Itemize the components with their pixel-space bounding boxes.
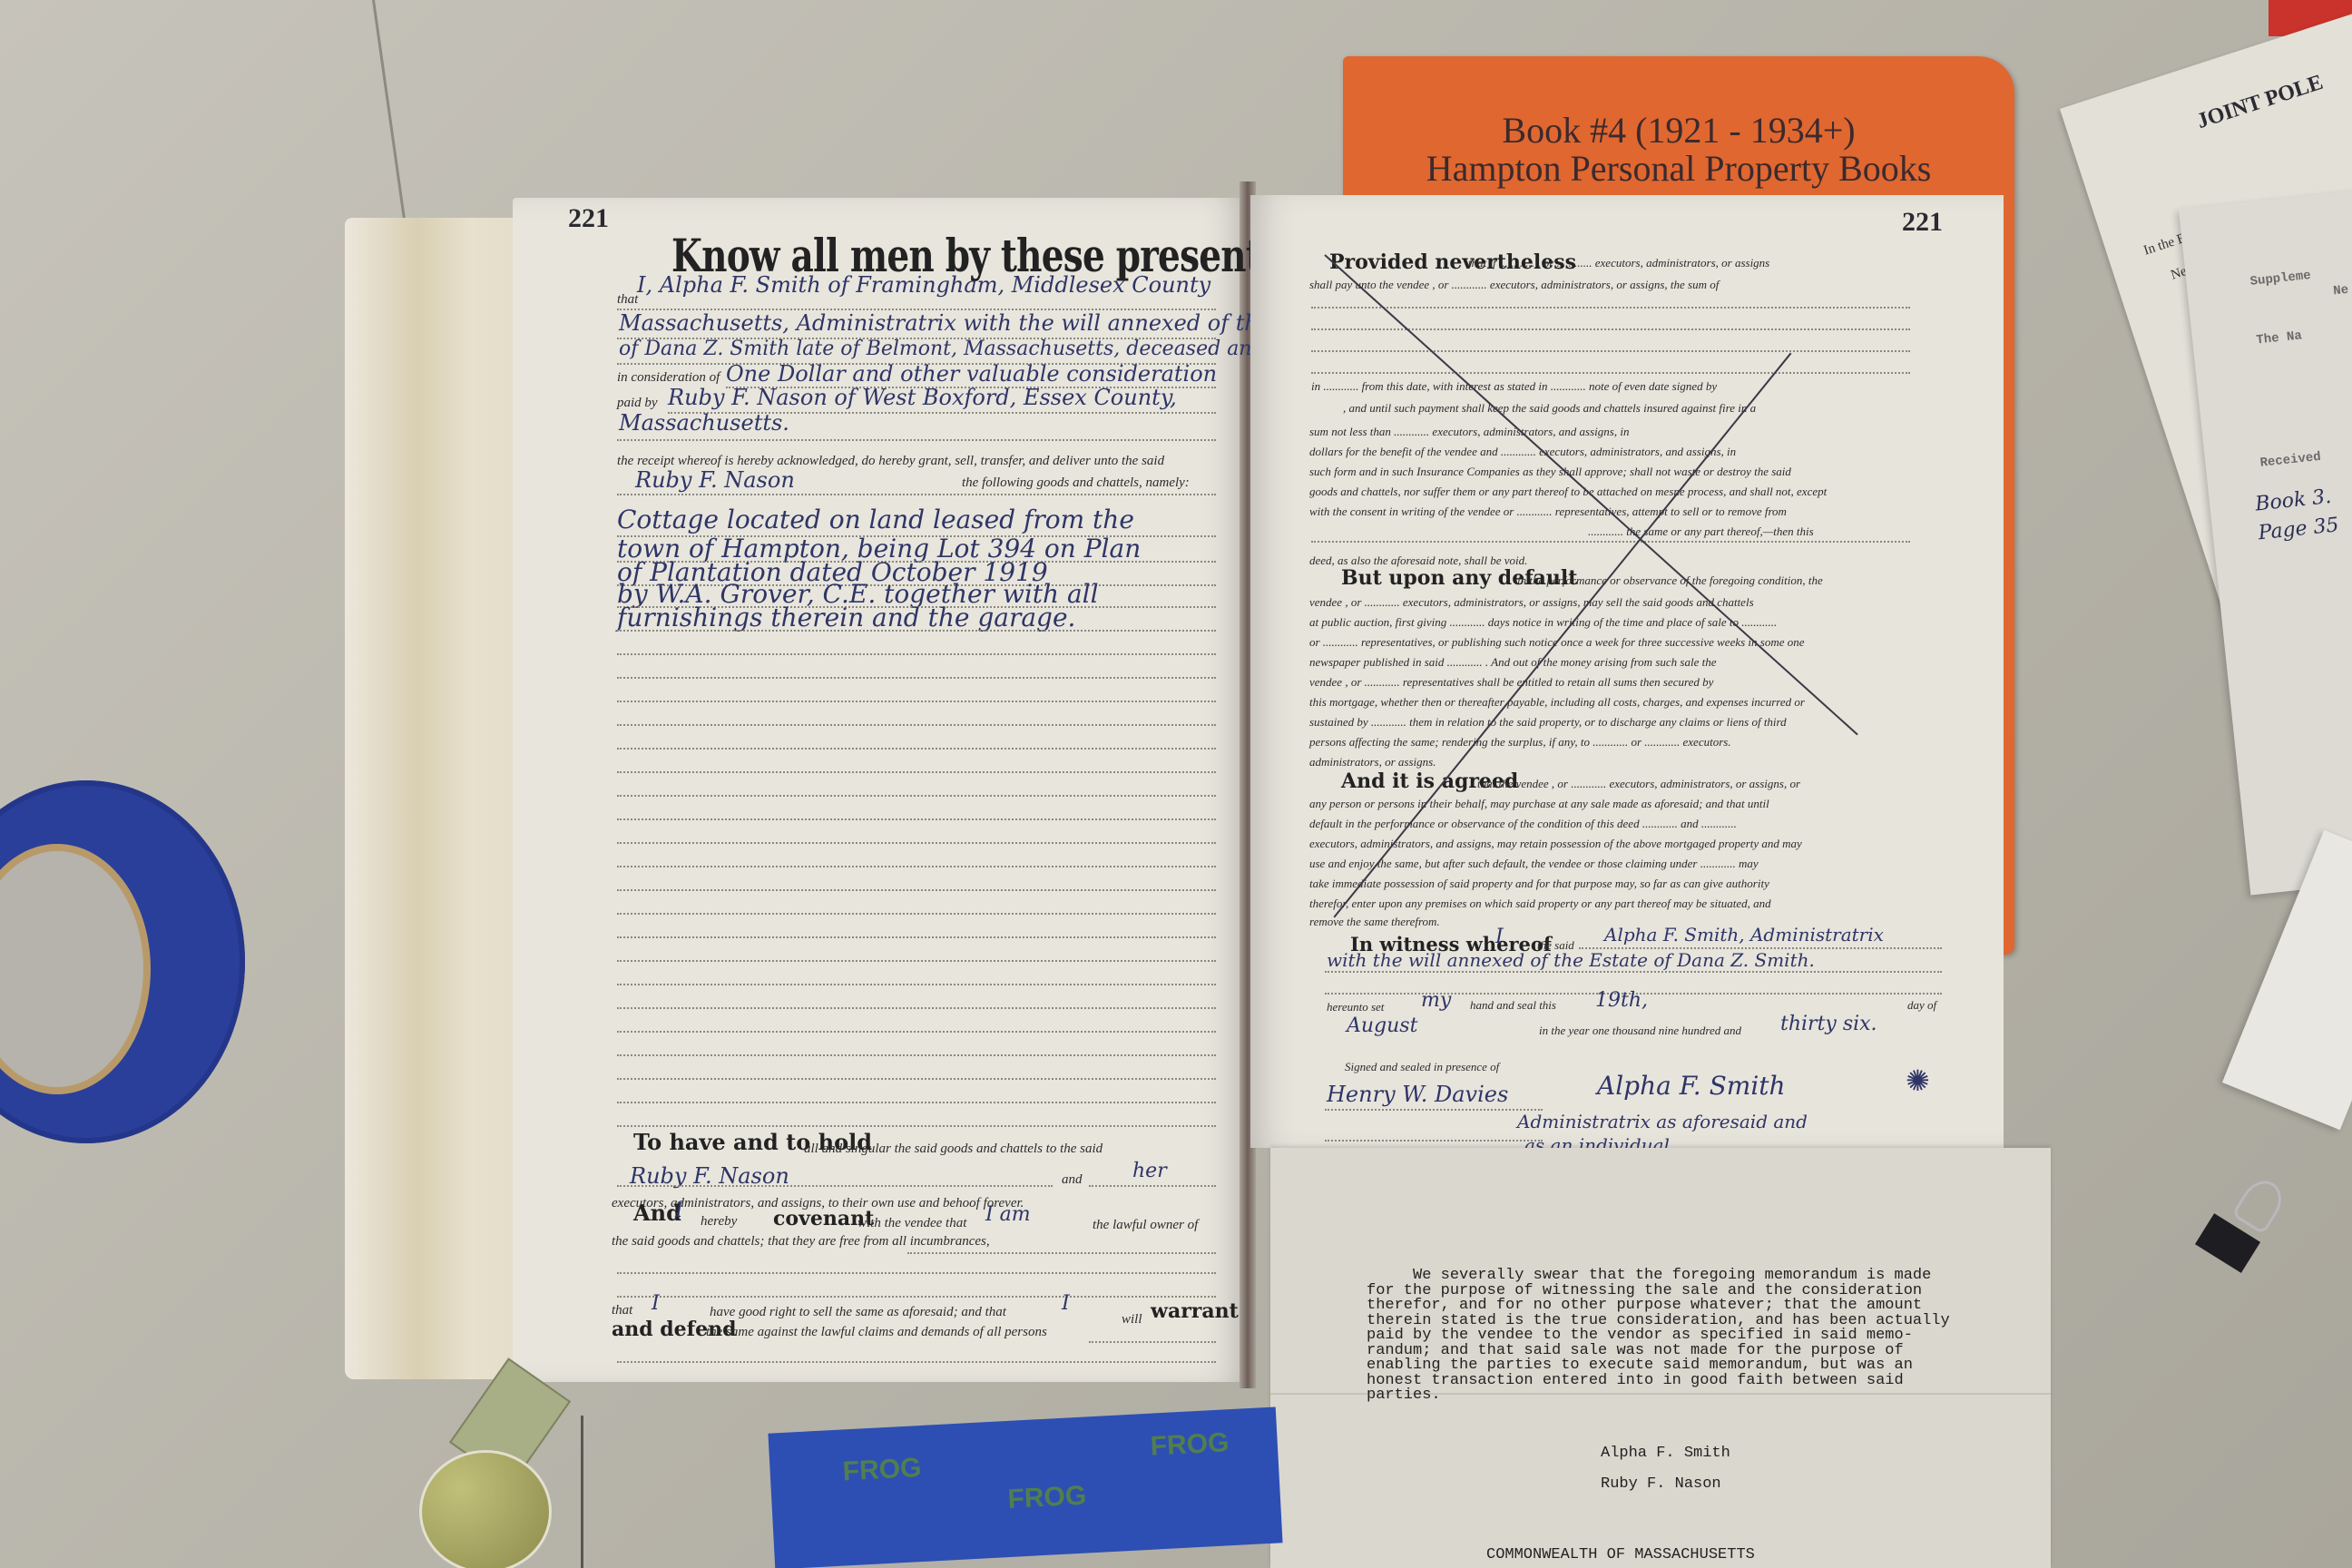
dotted-rule: [617, 1361, 1216, 1363]
dotted-rule: [1311, 541, 1910, 543]
dotted-rule: [617, 960, 1216, 962]
desk-seam: [581, 1416, 583, 1568]
affidavit-signatory: Ruby F. Nason: [1601, 1477, 1721, 1493]
dotted-rule: [617, 795, 1216, 797]
dotted-rule: [617, 1272, 1216, 1274]
warranty-text: will: [1122, 1312, 1142, 1328]
default-text: newspaper published in said ............…: [1309, 655, 1716, 670]
dotted-rule: [617, 984, 1216, 985]
covenant-heading: And: [633, 1200, 681, 1226]
default-text: administrators, or assigns.: [1309, 755, 1436, 769]
condition-text: ............ the same or any part thereo…: [1588, 524, 1814, 539]
witness-name-handwriting: Alpha F. Smith, Administratrix: [1604, 924, 1884, 946]
and-label: and: [1062, 1172, 1083, 1188]
dotted-rule: [617, 913, 1216, 915]
witness-day-handwriting: 19th,: [1595, 989, 1648, 1012]
dotted-rule: [617, 771, 1216, 773]
field-label: in consideration of: [617, 370, 720, 386]
agreed-text: that the vendee , or ............ execut…: [1477, 777, 1800, 791]
dotted-rule: [1325, 971, 1942, 973]
book-series-label: Hampton Personal Property Books: [1343, 147, 2014, 190]
warrant-word: warrant: [1151, 1299, 1239, 1323]
condition-text: goods and chattels, nor suffer them or a…: [1309, 485, 1827, 499]
dotted-rule: [907, 1252, 1216, 1254]
warranty-who-handwriting: I: [652, 1292, 660, 1315]
dotted-rule: [617, 439, 1216, 441]
affidavit-text: We severally swear that the foregoing me…: [1367, 1269, 1950, 1404]
witness-who-handwriting: I: [1495, 926, 1504, 948]
supplement-line: Received: [2259, 450, 2322, 471]
decorative-clip-disc: [419, 1450, 552, 1568]
agreed-text: remove the same therefrom.: [1309, 915, 1440, 929]
grantee-state-handwriting: Massachusetts.: [619, 410, 789, 436]
supplement-handwriting: Page 35: [2258, 514, 2340, 544]
default-text: in the performance or observance of the …: [1517, 573, 1823, 588]
witness-text: day of: [1907, 998, 1936, 1013]
covenant-text: hereby: [701, 1214, 737, 1230]
dotted-rule: [617, 630, 1216, 632]
dotted-rule: [617, 653, 1216, 655]
dotted-rule: [617, 1031, 1216, 1033]
seal-icon: ✺: [1906, 1063, 1930, 1098]
condition-text: shall pay unto the vendee , or .........…: [1309, 278, 1719, 292]
covenant-who-handwriting: I: [675, 1200, 683, 1222]
field-label: that: [617, 292, 638, 308]
dotted-rule: [617, 1125, 1216, 1127]
dotted-rule: [1089, 1185, 1216, 1187]
default-text: vendee , or ............ representatives…: [1309, 675, 1713, 690]
witness-capacity-handwriting: with the will annexed of the Estate of D…: [1327, 949, 1815, 971]
dotted-rule: [617, 724, 1216, 726]
painters-tape-strip: FROG FROG FROG: [768, 1406, 1282, 1568]
agreed-text: take immediate possession of said proper…: [1309, 877, 1769, 891]
tape-core: [0, 844, 151, 1094]
condition-text: in ............ from this date, with int…: [1311, 379, 1717, 394]
signer-capacity-handwriting: Administratrix as aforesaid and: [1517, 1111, 1808, 1132]
agreed-text: any person or persons in their behalf, m…: [1309, 797, 1769, 811]
grantee-name-handwriting: Ruby F. Nason: [635, 467, 795, 493]
agreed-text: executors, administrators, and assigns, …: [1309, 837, 1802, 851]
goods-description-line: furnishings therein and the garage.: [617, 603, 1075, 632]
condition-text: that if ............ , or ............ e…: [1468, 256, 1769, 270]
dotted-rule: [1089, 1341, 1216, 1343]
default-text: this mortgage, whether then or thereafte…: [1309, 695, 1805, 710]
dotted-rule: [617, 1102, 1216, 1103]
dotted-rule: [617, 1185, 1053, 1187]
warranty-who2-handwriting: I: [1062, 1292, 1070, 1315]
dotted-rule: [617, 889, 1216, 891]
condition-text: such form and in such Insurance Companie…: [1309, 465, 1791, 479]
grantee-handwriting: Ruby F. Nason of West Boxford, Essex Cou…: [668, 385, 1177, 410]
dotted-rule: [617, 748, 1216, 750]
covenant-text: the lawful owner of: [1093, 1218, 1198, 1233]
dotted-rule: [617, 494, 1216, 495]
witness-my-handwriting: my: [1421, 989, 1451, 1012]
joint-pole-header: JOINT POLE: [2194, 71, 2327, 134]
default-text: persons affecting the same; rendering th…: [1309, 735, 1731, 750]
dotted-rule: [1311, 307, 1910, 309]
witness-text: hereunto set: [1327, 1000, 1384, 1014]
signer-signature: Alpha F. Smith: [1597, 1071, 1786, 1101]
signed-label: Signed and sealed in presence of: [1345, 1060, 1499, 1074]
affidavit-line: parties.: [1367, 1387, 1441, 1404]
dotted-rule: [617, 936, 1216, 938]
dotted-rule: [617, 1054, 1216, 1056]
tape-brand: FROG: [1007, 1481, 1087, 1515]
dotted-rule: [617, 866, 1216, 867]
agreed-text: default in the performance or observance…: [1309, 817, 1737, 831]
default-text: vendee , or ............ executors, admi…: [1309, 595, 1754, 610]
supplement-line: The Na: [2256, 328, 2303, 348]
grantor-handwriting: I, Alpha F. Smith of Framingham, Middles…: [637, 272, 1210, 298]
witness-signature: Henry W. Davies: [1327, 1082, 1508, 1107]
dotted-rule: [1311, 372, 1910, 374]
supplement-handwriting: Book 3.: [2254, 485, 2332, 516]
tape-brand: FROG: [1150, 1427, 1230, 1462]
affidavit-line: honest transaction entered into in good …: [1367, 1372, 1904, 1389]
dotted-rule: [617, 701, 1216, 702]
dotted-rule: [1311, 350, 1910, 352]
dotted-rule: [617, 677, 1216, 679]
covenant-text: with the vendee that: [857, 1216, 966, 1231]
covenant-i-am-handwriting: I am: [985, 1203, 1031, 1226]
left-page-number: 221: [568, 203, 609, 234]
dotted-rule: [617, 1296, 1216, 1298]
goods-label: the following goods and chattels, namely…: [962, 475, 1190, 491]
witness-year-handwriting: thirty six.: [1780, 1013, 1877, 1035]
consideration-handwriting: One Dollar and other valuable considerat…: [726, 361, 1217, 387]
dotted-rule: [1325, 1140, 1543, 1142]
witness-month-handwriting: August: [1347, 1014, 1417, 1037]
supplement-line: Ne: [2333, 283, 2349, 299]
goods-description-line: Cottage located on land leased from the: [617, 505, 1134, 534]
agreed-text: therefor, enter upon any premises on whi…: [1309, 897, 1771, 911]
witness-text: in the year one thousand nine hundred an…: [1539, 1024, 1741, 1038]
dotted-rule: [1325, 1109, 1543, 1111]
default-text: at public auction, first giving ........…: [1309, 615, 1777, 630]
affidavit-signatory: Alpha F. Smith: [1601, 1446, 1730, 1462]
pronoun-handwriting: her: [1132, 1160, 1167, 1182]
field-label: paid by: [617, 396, 658, 411]
commonwealth-heading: COMMONWEALTH OF MASSACHUSETTS: [1486, 1548, 1755, 1563]
grantor-capacity-handwriting: Massachusetts, Administratrix with the w…: [619, 310, 1346, 336]
tape-brand: FROG: [842, 1453, 922, 1487]
warranty-text: have good right to sell the same as afor…: [710, 1305, 1006, 1320]
warranty-text: the same against the lawful claims and d…: [706, 1325, 1047, 1340]
dotted-rule: [617, 1078, 1216, 1080]
book-page-edges: [345, 218, 526, 1379]
dotted-rule: [617, 842, 1216, 844]
condition-text: with the consent in writing of the vende…: [1309, 505, 1787, 519]
warranty-text: that: [612, 1303, 632, 1318]
dotted-rule: [617, 1007, 1216, 1009]
witness-text: hand and seal this: [1470, 998, 1556, 1013]
dotted-rule: [617, 818, 1216, 820]
supplement-line: Suppleme: [2249, 269, 2312, 289]
book-number-label: Book #4 (1921 - 1934+): [1343, 109, 2014, 152]
right-page-number: 221: [1902, 207, 1943, 238]
habendum-text: all and singular the said goods and chat…: [804, 1142, 1102, 1157]
condition-text: dollars for the benefit of the vendee an…: [1309, 445, 1736, 459]
default-text: sustained by ............ them in relati…: [1309, 715, 1787, 730]
condition-text: , and until such payment shall keep the …: [1343, 401, 1756, 416]
dotted-rule: [1311, 328, 1910, 330]
condition-text: sum not less than ............ executors…: [1309, 425, 1629, 439]
covenant-text: the said goods and chattels; that they a…: [612, 1234, 990, 1249]
